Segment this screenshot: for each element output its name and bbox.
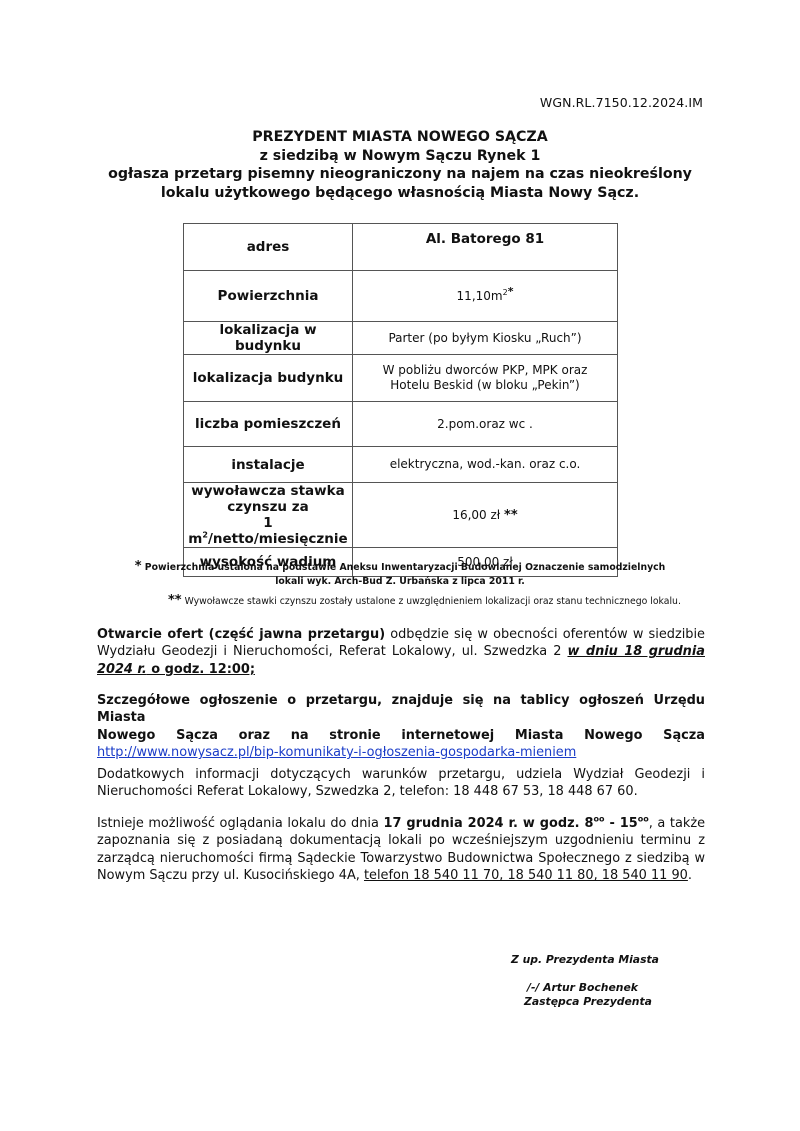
table-row: instalacje elektryczna, wod.-kan. oraz c… (184, 447, 618, 483)
signature-title: Zastępca Prezydenta (524, 995, 652, 1008)
row-label-area: Powierzchnia (184, 271, 353, 322)
row-label-location-in-building: lokalizacja w budynku (184, 322, 353, 355)
footnote-rent: ** Wywoławcze stawki czynszu zostały ust… (168, 593, 681, 608)
paragraph-details: Szczegółowe ogłoszenie o przetargu, znaj… (97, 692, 705, 762)
row-label-installations: instalacje (184, 447, 353, 483)
row-label-room-count: liczba pomieszczeń (184, 402, 353, 447)
paragraph-opening: Otwarcie ofert (część jawna przetargu) o… (97, 626, 705, 678)
row-value-installations: elektryczna, wod.-kan. oraz c.o. (353, 447, 618, 483)
table-row: lokalizacja w budynku Parter (po byłym K… (184, 322, 618, 355)
row-value-location-in-building: Parter (po byłym Kiosku „Ruch”) (353, 322, 618, 355)
footnote-marker: ** (504, 508, 518, 523)
table-row: wywoławcza stawka czynszu za 1 m2/netto/… (184, 483, 618, 548)
row-value-area: 11,10m2* (353, 271, 618, 322)
table-row: Powierzchnia 11,10m2* (184, 271, 618, 322)
footnote-marker: * (508, 285, 514, 298)
row-label-address: adres (184, 224, 353, 271)
header-address: z siedzibą w Nowym Sączu Rynek 1 (0, 147, 800, 166)
row-value-building-location: W pobliżu dworców PKP, MPK oraz Hotelu B… (353, 355, 618, 402)
footnote-marker: ** (168, 593, 182, 608)
footnote-marker: * (135, 559, 142, 574)
row-value-address: Al. Batorego 81 (353, 224, 618, 271)
footnote-area: * Powierzchnia ustalona na podstawie Ane… (0, 560, 800, 589)
table-row: liczba pomieszczeń 2.pom.oraz wc . (184, 402, 618, 447)
row-value-room-count: 2.pom.oraz wc . (353, 402, 618, 447)
row-label-starting-rent: wywoławcza stawka czynszu za 1 m2/netto/… (184, 483, 353, 548)
header-subject: lokalu użytkowego będącego własnością Mi… (0, 184, 800, 203)
reference-number: WGN.RL.7150.12.2024.IM (540, 95, 703, 110)
header-authority: PREZYDENT MIASTA NOWEGO SĄCZA (0, 128, 800, 147)
paragraph-info: Dodatkowych informacji dotyczących warun… (97, 766, 705, 801)
contact-phones: telefon 18 540 11 70, 18 540 11 80, 18 5… (364, 868, 688, 883)
row-label-building-location: lokalizacja budynku (184, 355, 353, 402)
signature-name: /-/ Artur Bochenek (527, 981, 638, 994)
signature-authorization: Z up. Prezydenta Miasta (511, 953, 659, 966)
row-value-starting-rent: 16,00 zł ** (353, 483, 618, 548)
table-row: adres Al. Batorego 81 (184, 224, 618, 271)
property-details-table: adres Al. Batorego 81 Powierzchnia 11,10… (183, 223, 618, 577)
document-header: PREZYDENT MIASTA NOWEGO SĄCZA z siedzibą… (0, 128, 800, 202)
announcement-link[interactable]: http://www.nowysacz.pl/bip-komunikaty-i-… (97, 745, 576, 760)
table-row: lokalizacja budynku W pobliżu dworców PK… (184, 355, 618, 402)
header-announcement: ogłasza przetarg pisemny nieograniczony … (0, 165, 800, 184)
viewing-deadline: 17 grudnia 2024 r. w godz. 8oo - 15oo (383, 816, 648, 831)
paragraph-viewing: Istnieje możliwość oglądania lokalu do d… (97, 815, 705, 885)
